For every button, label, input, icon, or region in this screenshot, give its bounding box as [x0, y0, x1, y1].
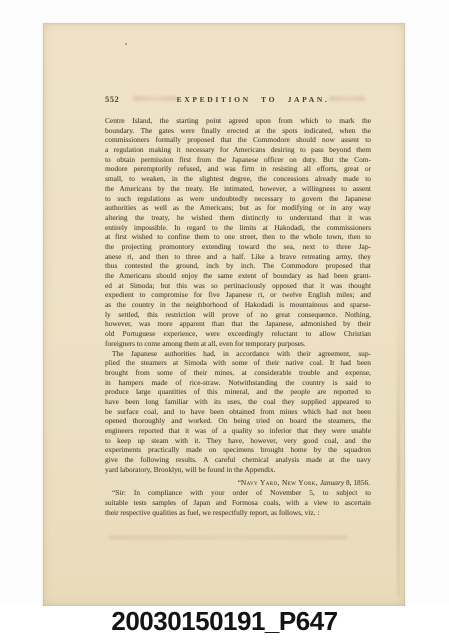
text-line: however, was more apparent than that the…: [105, 319, 371, 329]
page-edge-shadow: [397, 316, 400, 596]
text-line: authorities as well as the Americans; bu…: [105, 203, 371, 213]
show-through-smudge: [329, 96, 365, 101]
page-number: 552: [105, 94, 119, 104]
show-through-smudge: [109, 535, 347, 540]
text-line: commissioners formally proposed that the…: [105, 135, 371, 145]
running-head: EXPEDITION TO JAPAN.: [177, 95, 330, 104]
text-line: experiments practically made on specimen…: [105, 445, 371, 455]
text-line: The Japanese authorities had, in accorda…: [105, 349, 371, 359]
text-line: the projecting promontory extending towa…: [105, 242, 371, 252]
paragraph-boundary-negotiations: Centre Island, the starting point agreed…: [105, 116, 371, 349]
text-line: “Sir: In compliance with your order of N…: [105, 488, 371, 498]
text-line: to obtain permission first from the Japa…: [105, 155, 371, 165]
text-line: anese ri, and then to three and a half. …: [105, 252, 371, 262]
show-through-smudge: [133, 96, 177, 101]
text-line: thus contested the ground, inch by inch.…: [105, 261, 371, 271]
ink-speck: [125, 43, 127, 45]
text-line: as the country in the neighborhood of Ha…: [105, 300, 371, 310]
text-line: altering the treaty, he wished them dist…: [105, 213, 371, 223]
body-text: Centre Island, the starting point agreed…: [105, 116, 371, 517]
text-line: be surface coal, and to have been obtain…: [105, 407, 371, 417]
dateline-day-year: 8, 1856.: [346, 478, 370, 487]
text-line: opened thoroughly and worked. On being t…: [105, 416, 371, 426]
text-line: engineers reported that it was of a qual…: [105, 426, 371, 436]
text-line: to such regulations as were undoubtedly …: [105, 194, 371, 204]
text-line: the Americans should enjoy the same exte…: [105, 271, 371, 281]
text-line: entirely impossible. In regard to the li…: [105, 223, 371, 233]
dateline-place: Navy Yard, New York,: [241, 478, 318, 487]
artifact-id-label: 20030150191_P647: [111, 606, 337, 637]
text-line: yard laboratory, Brooklyn, will be found…: [105, 465, 371, 475]
text-line: brought from some of their mines, at con…: [105, 368, 371, 378]
text-line: in hampers made of rice-straw. Notwithst…: [105, 378, 371, 388]
text-line: the Americans by the treaty. He intimate…: [105, 184, 371, 194]
text-line: to keep up steam with it. They have, how…: [105, 436, 371, 446]
text-line: foreigners to come among them at all, ev…: [105, 339, 371, 349]
paragraph-letter-opening: “Sir: In compliance with your order of N…: [105, 488, 371, 517]
text-line: produce large quantities of this mineral…: [105, 387, 371, 397]
text-line: their respective qualities as fuel, we r…: [105, 508, 371, 518]
text-line: boundary. The gates were finally erected…: [105, 126, 371, 136]
text-line: ly settled, this restriction will prove …: [105, 310, 371, 320]
text-line: give the following results. A careful ch…: [105, 455, 371, 465]
letter-dateline: “Navy Yard, New York, January 8, 1856.: [105, 478, 371, 488]
text-column: 552 EXPEDITION TO JAPAN. Centre Island, …: [105, 94, 371, 517]
archive-label-strip: 20030150191_P647: [0, 606, 449, 640]
text-line: expedient to compromise for five Japanes…: [105, 290, 371, 300]
text-line: ed at Simoda; but this was so pertinacio…: [105, 281, 371, 291]
text-line: have been long familiar with its uses, t…: [105, 397, 371, 407]
text-line: small, to weaken, in the slightest degre…: [105, 174, 371, 184]
text-line: at first wished to confine them to one s…: [105, 232, 371, 242]
text-line: Centre Island, the starting point agreed…: [105, 116, 371, 126]
text-line: old Portuguese experience, were exceedin…: [105, 329, 371, 339]
text-line: plied the steamers at Simoda with some o…: [105, 358, 371, 368]
paragraph-native-coal: The Japanese authorities had, in accorda…: [105, 349, 371, 475]
text-line: modore peremptorily refused, and was fir…: [105, 164, 371, 174]
page-header: 552 EXPEDITION TO JAPAN.: [105, 94, 371, 104]
text-line: suitable tests samples of Japan and Form…: [105, 498, 371, 508]
scanned-document: 552 EXPEDITION TO JAPAN. Centre Island, …: [0, 0, 449, 640]
dateline-month: January: [320, 478, 344, 487]
book-page: 552 EXPEDITION TO JAPAN. Centre Island, …: [43, 23, 405, 606]
text-line: a regulation making it necessary for Ame…: [105, 145, 371, 155]
